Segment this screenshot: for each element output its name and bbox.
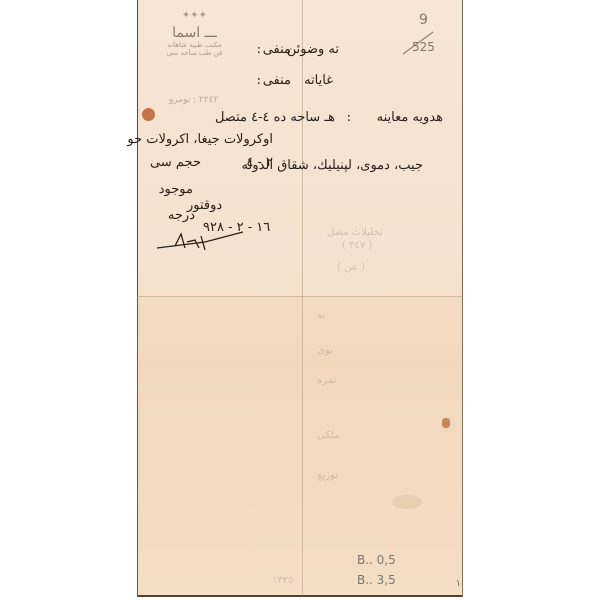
line-2-label: غاياته xyxy=(304,73,333,88)
letterhead-name: ـــ اسما xyxy=(147,25,242,41)
bleed-text-6: نمره xyxy=(317,375,336,386)
bleed-text-5: بوى xyxy=(317,345,333,356)
line-2-colon: : xyxy=(257,73,261,88)
line-3-value: هـ ساحه ده ٤-٤ متصل xyxy=(215,110,335,125)
line-2-value: منفى xyxy=(263,73,291,88)
document-paper: ✦✦✦ ـــ اسما مكتب طبيه شاهانه فن طب ساحه… xyxy=(137,0,463,597)
doctor-label: دوقتور xyxy=(187,198,222,213)
line-1-value: منفى xyxy=(263,42,291,57)
letterhead-stamp: ✦✦✦ ـــ اسما مكتب طبيه شاهانه فن طب ساحه… xyxy=(147,10,242,80)
corner-mark: ١ xyxy=(456,578,461,589)
line-1-label: ته وضوئن xyxy=(287,42,339,57)
letterhead-line-2: فن طب ساحه سى xyxy=(147,49,242,57)
line-3-colon: : xyxy=(347,110,351,125)
registry-note: ٢٢٤٢ : نومرو xyxy=(169,95,218,105)
bleed-text-1: تحليلات مصل xyxy=(327,227,383,238)
bleed-text-9: B.. 0,5 xyxy=(357,553,396,567)
signature-icon xyxy=(155,230,245,252)
bleed-text-4: نه xyxy=(317,310,325,321)
lower-fold-shade xyxy=(137,297,463,597)
line-4-value: اوكرولات جيغا، اكرولات حو xyxy=(127,132,273,147)
line-5-label: حجم سى xyxy=(150,155,201,170)
archive-number-top: 9 xyxy=(419,12,428,28)
horizontal-fold-line xyxy=(137,296,463,297)
bleed-text-8: توزيع xyxy=(317,470,338,481)
letterhead-line-1: مكتب طبيه شاهانه xyxy=(147,41,242,49)
line-3-label: هدويه معاينه xyxy=(377,110,443,125)
rust-stain xyxy=(142,108,155,121)
archive-number-bottom: 525 xyxy=(412,40,435,54)
line-1-colon: : xyxy=(257,42,261,57)
bleed-text-10: B.. 3,5 xyxy=(357,573,396,587)
bleed-text-11: ١٣٢٥ xyxy=(272,575,293,586)
tughra-emblem-icon: ✦✦✦ xyxy=(147,10,242,21)
rust-stain-small xyxy=(442,418,450,428)
bleed-text-7: ملكى xyxy=(317,430,340,441)
line-6-value: جيب، دموى، لپنيليك، شقاق الدوله xyxy=(241,158,423,173)
bleed-text-3: ( عن ) xyxy=(337,262,365,273)
vertical-fold-line xyxy=(302,0,303,597)
water-stain xyxy=(392,495,422,509)
bleed-text-2: ( ٢٤٧ ) xyxy=(342,240,372,251)
line-7-label: موجود xyxy=(159,182,193,197)
